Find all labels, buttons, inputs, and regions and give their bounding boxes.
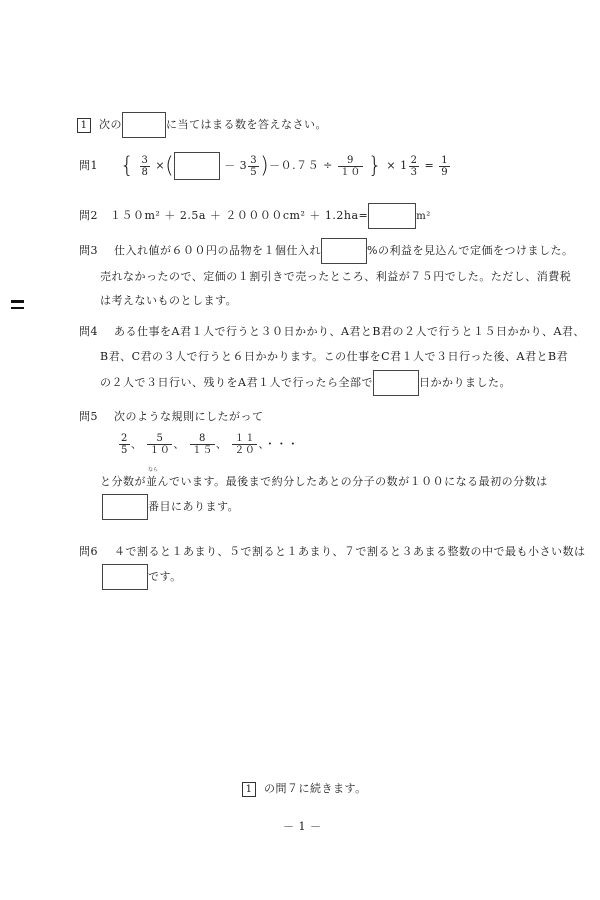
q5-line2-pre: と分数が <box>100 475 146 488</box>
seq-fraction-3: 8１５ <box>190 433 215 456</box>
equals-sign: = <box>424 159 434 172</box>
q2-expression: １５０m² ＋ 2.5a ＋ ２００００cm² ＋ 1.2ha= <box>110 209 368 222</box>
question-2: 問2 １５０m² ＋ 2.5a ＋ ２００００cm² ＋ 1.2ha=m² <box>79 203 431 229</box>
q2-label: 問2 <box>79 209 98 222</box>
continue-section-box: 1 <box>242 782 256 797</box>
section-number-box: 1 <box>77 118 91 133</box>
q5-answer-box[interactable] <box>102 494 148 520</box>
example-answer-box <box>122 112 166 138</box>
q1-label: 問1 <box>79 159 98 172</box>
q6-line1: ４で割ると１あまり、５で割ると１あまり、７で割ると３あまる整数の中で最も小さい数… <box>114 545 586 558</box>
q6-label: 問6 <box>79 545 98 558</box>
times-1: × 1 <box>386 159 407 172</box>
fraction-1-9: 19 <box>439 155 450 178</box>
q5-line2-post: んでいます。最後まで約分したあとの分子の数が１００になる最初の分数は <box>158 475 548 488</box>
q3-answer-box[interactable] <box>321 238 367 264</box>
question-4: 問4 ある仕事をA君１人で行うと３０日かかり、A君とB君の２人で行うと１５日かか… <box>79 323 585 339</box>
q5-line3: 番目にあります。 <box>102 494 239 520</box>
q3-line3: は考えないものとします。 <box>100 292 237 308</box>
seq-fraction-4: １１２０ <box>232 433 257 456</box>
page-number: － 1 － <box>283 818 322 834</box>
sequence-ellipsis: 、・・・ <box>258 438 299 451</box>
question-5: 問5 次のような規則にしたがって <box>79 408 264 424</box>
q6-line2-post: です。 <box>148 570 182 583</box>
q6-answer-box[interactable] <box>102 564 148 590</box>
q4-label: 問4 <box>79 325 98 338</box>
q5-sequence: 25、 5１０、 8１５、 １１２０、・・・ <box>118 433 299 456</box>
question-1: 問1 { 38 ×( － 335)－０.７５ ÷ 9１０ } × 123 = 1… <box>79 152 451 180</box>
q2-answer-box[interactable] <box>368 203 416 229</box>
q4-line2: B君、C君の３人で行うと６日かかります。この仕事をC君１人で３日行った後、A君と… <box>100 348 568 364</box>
q5-line3-post: 番目にあります。 <box>148 500 239 513</box>
separator: 、 <box>173 438 185 451</box>
q4-answer-box[interactable] <box>373 370 419 396</box>
section-header: 1 次のに当てはまる数を答えなさい。 <box>77 112 327 138</box>
fraction-3-5: 35 <box>248 155 259 178</box>
fraction-3-8: 38 <box>140 155 151 178</box>
fraction-2-3: 23 <box>409 155 420 178</box>
continue-note: 1 の問７に続きます。 <box>242 780 367 797</box>
minus-3: － 3 <box>224 159 247 172</box>
q6-line2: です。 <box>102 564 182 590</box>
q4-line1: ある仕事をA君１人で行うと３０日かかり、A君とB君の２人で行うと１５日かかり、A… <box>114 325 585 338</box>
q4-line3-pre: の２人で３日行い、残りをA君１人で行ったら全部で <box>100 376 373 389</box>
q1-answer-box[interactable] <box>174 152 220 180</box>
question-6: 問6 ４で割ると１あまり、５で割ると１あまり、７で割ると３あまる整数の中で最も小… <box>79 543 586 559</box>
continue-text: の問７に続きます。 <box>264 782 367 795</box>
q5-line1: 次のような規則にしたがって <box>114 410 264 423</box>
separator: 、 <box>216 438 228 451</box>
seq-fraction-2: 5１０ <box>147 433 172 456</box>
q4-line3: の２人で３日行い、残りをA君１人で行ったら全部で日かかりました。 <box>100 370 511 396</box>
separator: 、 <box>131 438 143 451</box>
q5-label: 問5 <box>79 410 98 423</box>
fraction-9-10: 9１０ <box>338 155 363 178</box>
q3-line2: 売れなかったので、定価の１割引きで売ったところ、利益が７５円でした。ただし、消費… <box>100 268 571 284</box>
right-brace: } <box>368 154 383 179</box>
times-sign: × <box>155 159 165 172</box>
q5-line2: と分数がなら並んでいます。最後まで約分したあとの分子の数が１００になる最初の分数… <box>100 473 548 489</box>
double-bar-icon <box>11 300 24 313</box>
seq-fraction-1: 25 <box>119 433 130 456</box>
left-brace: { <box>120 154 135 179</box>
right-paren: ) <box>260 154 269 179</box>
question-3: 問3 仕入れ値が６００円の品物を１個仕入れ%の利益を見込んで定価をつけました。 <box>79 238 573 264</box>
q3-line1-post: %の利益を見込んで定価をつけました。 <box>367 244 573 257</box>
left-paren: ( <box>165 154 174 179</box>
instruction-post: に当てはまる数を答えなさい。 <box>166 118 327 131</box>
q4-line3-post: 日かかりました。 <box>419 376 511 389</box>
q3-line1-pre: 仕入れ値が６００円の品物を１個仕入れ <box>114 244 321 257</box>
minus-decimal: －０.７５ ÷ <box>269 159 333 172</box>
ruby-nara: なら並 <box>146 473 158 489</box>
q3-label: 問3 <box>79 244 98 257</box>
q2-unit: m² <box>416 211 431 222</box>
instruction-pre: 次の <box>99 118 122 131</box>
